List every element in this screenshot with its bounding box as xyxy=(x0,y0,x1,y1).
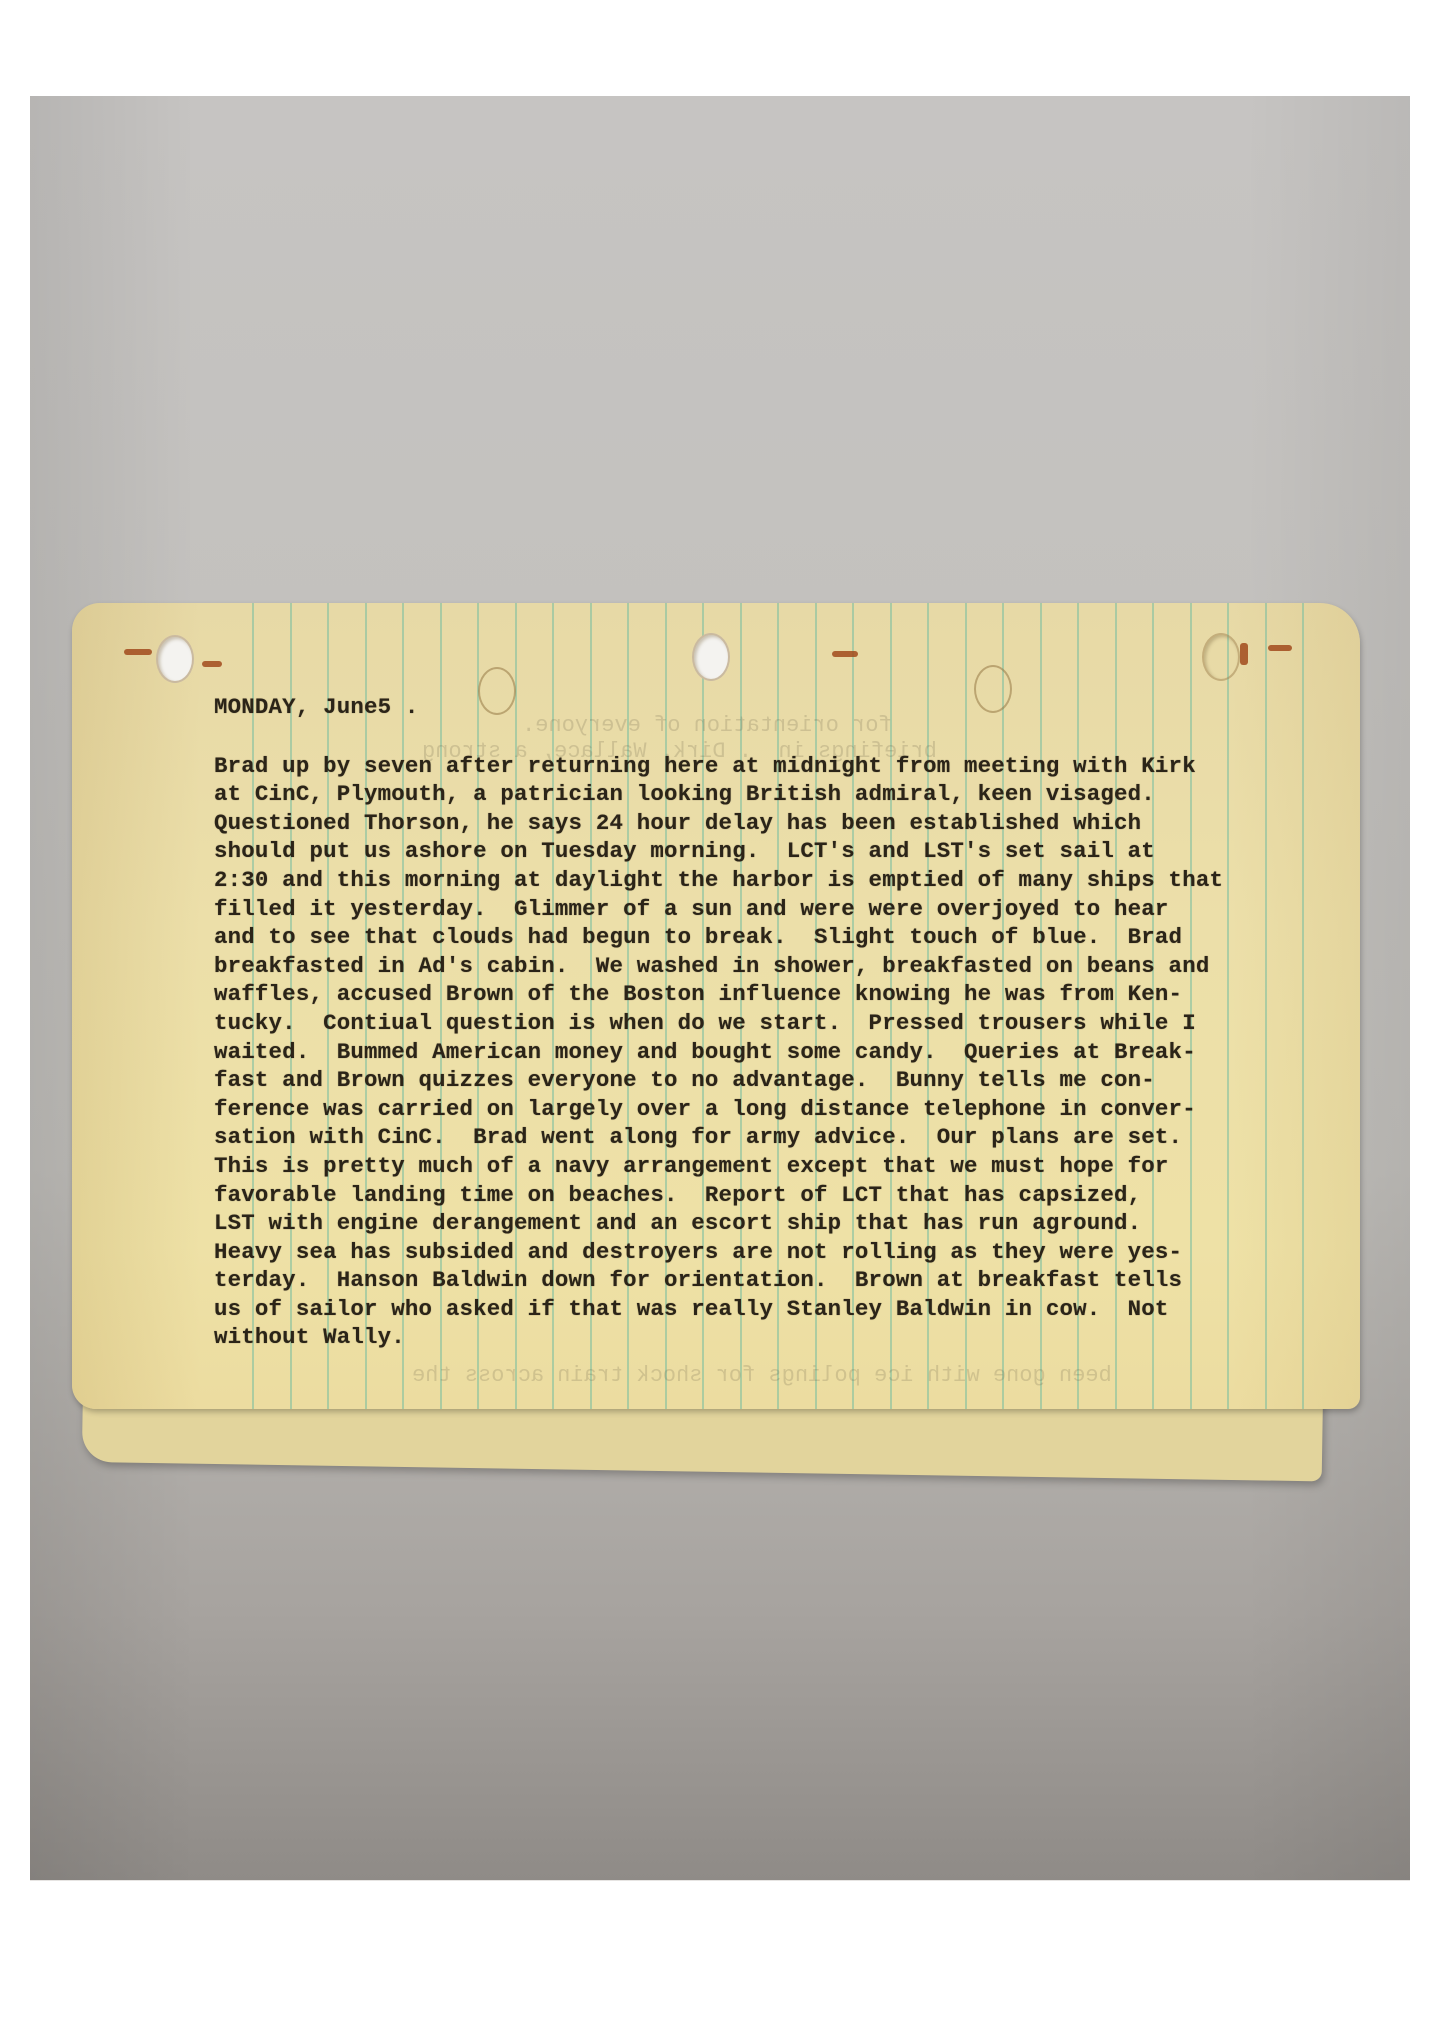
punch-hole-center xyxy=(692,633,730,681)
diary-card: for orientation of everyone. briefings i… xyxy=(72,603,1360,1409)
text-line: This is pretty much of a navy arrangemen… xyxy=(214,1152,1334,1181)
rust-stain xyxy=(1268,645,1292,651)
rust-stain xyxy=(202,661,222,667)
text-line: fast and Brown quizzes everyone to no ad… xyxy=(214,1066,1334,1095)
text-line: breakfasted in Ad's cabin. We washed in … xyxy=(214,952,1334,981)
diary-body: Brad up by seven after returning here at… xyxy=(214,752,1334,1352)
text-line: us of sailor who asked if that was reall… xyxy=(214,1295,1334,1324)
text-line: LST with engine derangement and an escor… xyxy=(214,1209,1334,1238)
text-line: Heavy sea has subsided and destroyers ar… xyxy=(214,1238,1334,1267)
text-line: without Wally. xyxy=(214,1323,1334,1352)
text-line: Brad up by seven after returning here at… xyxy=(214,752,1334,781)
rust-stain xyxy=(124,649,152,655)
rust-stain xyxy=(1240,643,1248,665)
text-line: at CinC, Plymouth, a patrician looking B… xyxy=(214,780,1334,809)
text-line: sation with CinC. Brad went along for ar… xyxy=(214,1123,1334,1152)
text-line: waited. Bummed American money and bought… xyxy=(214,1038,1334,1067)
text-line: favorable landing time on beaches. Repor… xyxy=(214,1181,1334,1210)
typed-text: MONDAY, June5 . Brad up by seven after r… xyxy=(214,693,1334,1352)
text-line: filled it yesterday. Glimmer of a sun an… xyxy=(214,895,1334,924)
punch-hole-right xyxy=(1202,633,1240,681)
text-line: tucky. Contiual question is when do we s… xyxy=(214,1009,1334,1038)
text-line: and to see that clouds had begun to brea… xyxy=(214,923,1334,952)
text-line: Questioned Thorson, he says 24 hour dela… xyxy=(214,809,1334,838)
date-heading: MONDAY, June5 . xyxy=(214,693,1334,722)
bleed-through-line: been gone with ice polings for shock tra… xyxy=(412,1363,1112,1388)
punch-hole-left xyxy=(156,635,194,683)
text-line: should put us ashore on Tuesday morning.… xyxy=(214,837,1334,866)
rust-stain xyxy=(832,651,858,657)
text-line: ference was carried on largely over a lo… xyxy=(214,1095,1334,1124)
text-line: waffles, accused Brown of the Boston inf… xyxy=(214,980,1334,1009)
text-line: terday. Hanson Baldwin down for orientat… xyxy=(214,1266,1334,1295)
text-line: 2:30 and this morning at daylight the ha… xyxy=(214,866,1334,895)
